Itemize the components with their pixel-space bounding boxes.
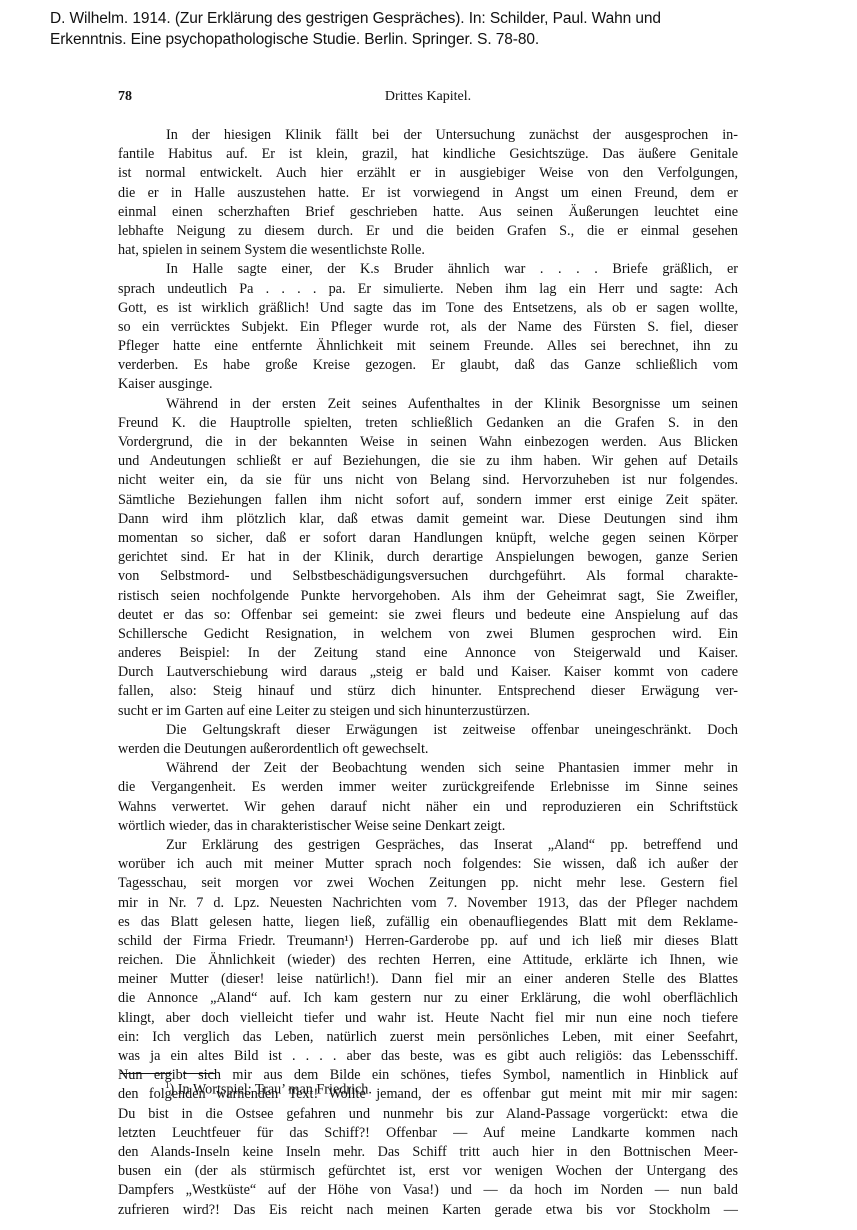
text-line: Zur Erklärung des gestrigen Gespräches, … [118, 836, 738, 855]
text-line: worüber ich auch mit meiner Mutter sprac… [118, 855, 738, 874]
text-line: Gott, es ist wirklich gräßlich! Und sagt… [118, 299, 738, 318]
text-line: Schillersche Gedicht Resignation, in wel… [118, 625, 738, 644]
page-header: 78 Drittes Kapitel. [118, 89, 738, 109]
footnote-divider [120, 1073, 172, 1074]
text-line: Dampfers „Westküste“ auf der Höhe von Va… [118, 1181, 738, 1200]
text-line: letzten Leuchtfeuer für das Schiff?! Off… [118, 1124, 738, 1143]
text-line: sucht er im Garten auf eine Leiter zu st… [118, 702, 738, 721]
text-line: so ein verrücktes Subjekt. Ein Pfleger w… [118, 318, 738, 337]
text-line: nicht weiter ein, da sie für uns nicht v… [118, 471, 738, 490]
citation-line-2: Erkenntnis. Eine psychopathologische Stu… [50, 29, 830, 50]
footnote-text: ) In Wortspiel: Trau’ man Friedrich. [170, 1082, 372, 1098]
text-line: Kaiser ausginge. [118, 375, 738, 394]
citation-header: D. Wilhelm. 1914. (Zur Erklärung des ges… [50, 8, 830, 50]
text-line: ist normal entwickelt. Auch hier erzählt… [118, 164, 738, 183]
text-line: In Halle sagte einer, der K.s Bruder ähn… [118, 260, 738, 279]
text-line: schild der Firma Friedr. Treumann¹) Herr… [118, 932, 738, 951]
footnote-divider-segment [183, 1073, 215, 1074]
text-line: einmal einen scherzhaften Brief geschrie… [118, 203, 738, 222]
text-line: klingt, aber doch vielleicht tiefer und … [118, 1009, 738, 1028]
body-text: In der hiesigen Klinik fällt bei der Unt… [118, 126, 738, 1220]
text-line: Vordergrund, die in der bekannten Weise … [118, 433, 738, 452]
text-line: was ja ein altes Bild ist . . . . aber d… [118, 1047, 738, 1066]
text-line: die er in Halle auszustehen hatte. Er is… [118, 184, 738, 203]
text-line: gerichtet sind. Er hat in der Klinik, du… [118, 548, 738, 567]
text-line: In der hiesigen Klinik fällt bei der Unt… [118, 126, 738, 145]
text-line: die Annonce „Aland“ auf. Ich kam gestern… [118, 989, 738, 1008]
text-line: Du bist in die Ostsee gefahren und nunme… [118, 1105, 738, 1124]
text-line: zufrieren wird?! Das Eis reicht nach mei… [118, 1201, 738, 1220]
text-line: ein: Ich verglich das Leben, natürlich z… [118, 1028, 738, 1047]
text-line: Wahns verwertet. Wir gehen darauf nicht … [118, 798, 738, 817]
text-line: Freund K. die Hauptrolle spielten, trete… [118, 414, 738, 433]
text-line: sprach undeutlich Pa . . . . pa. Er simu… [118, 280, 738, 299]
text-line: lebhafte Neigung zu diesem durch. Er und… [118, 222, 738, 241]
text-line: und Andeutungen schließt er auf Beziehun… [118, 452, 738, 471]
text-line: Die Geltungskraft dieser Erwägungen ist … [118, 721, 738, 740]
text-line: anderes Beispiel: In der Zeitung stand e… [118, 644, 738, 663]
text-line: ristisch seien nochfolgende Punkte hervo… [118, 587, 738, 606]
text-line: Dann wird ihm plötzlich klar, daß etwas … [118, 510, 738, 529]
text-line: busen ein (der als stürmisch gefürchtet … [118, 1162, 738, 1181]
text-line: momentan so sicher, daß er sofort daran … [118, 529, 738, 548]
text-line: fantile Habitus auf. Er ist klein, grazi… [118, 145, 738, 164]
text-line: Während in der ersten Zeit seines Aufent… [118, 395, 738, 414]
footnote: 1) In Wortspiel: Trau’ man Friedrich. [165, 1080, 372, 1099]
text-line: Tagesschau, seit morgen vor zwei Wochen … [118, 874, 738, 893]
running-head: Drittes Kapitel. [118, 89, 738, 105]
text-line: Während der Zeit der Beobachtung wenden … [118, 759, 738, 778]
text-line: hat, spielen in seinem System die wesent… [118, 241, 738, 260]
text-line: den Alands-Inseln keine Inseln mehr. Das… [118, 1143, 738, 1162]
text-line: es das Blatt gelesen hatte, liegen ließ,… [118, 913, 738, 932]
text-line: Sämtliche Beziehungen fallen ihm nicht s… [118, 491, 738, 510]
text-line: Durch Lautverschiebung wird daraus „stei… [118, 663, 738, 682]
text-line: von Selbstmord- und Selbstbeschädigungsv… [118, 567, 738, 586]
text-line: meiner Mutter (dieser! leise natürlich!)… [118, 970, 738, 989]
text-line: werden die Deutungen außerordentlich oft… [118, 740, 738, 759]
text-line: deutet er das so: Offenbar sei gemeint: … [118, 606, 738, 625]
text-line: fallen, also: Steig hinauf und stürz dic… [118, 682, 738, 701]
citation-line-1: D. Wilhelm. 1914. (Zur Erklärung des ges… [50, 8, 830, 29]
text-line: Pfleger hatte eine entfernte Ähnlichkeit… [118, 337, 738, 356]
text-line: wörtlich wieder, das in charakteristisch… [118, 817, 738, 836]
text-line: mir in Nr. 7 d. Lpz. Neuesten Nachrichte… [118, 894, 738, 913]
text-line: verderben. Es habe große Kreise gezogen.… [118, 356, 738, 375]
text-line: reichen. Die Ähnlichkeit (wieder) des re… [118, 951, 738, 970]
text-line: die Vergangenheit. Es werden immer weite… [118, 778, 738, 797]
